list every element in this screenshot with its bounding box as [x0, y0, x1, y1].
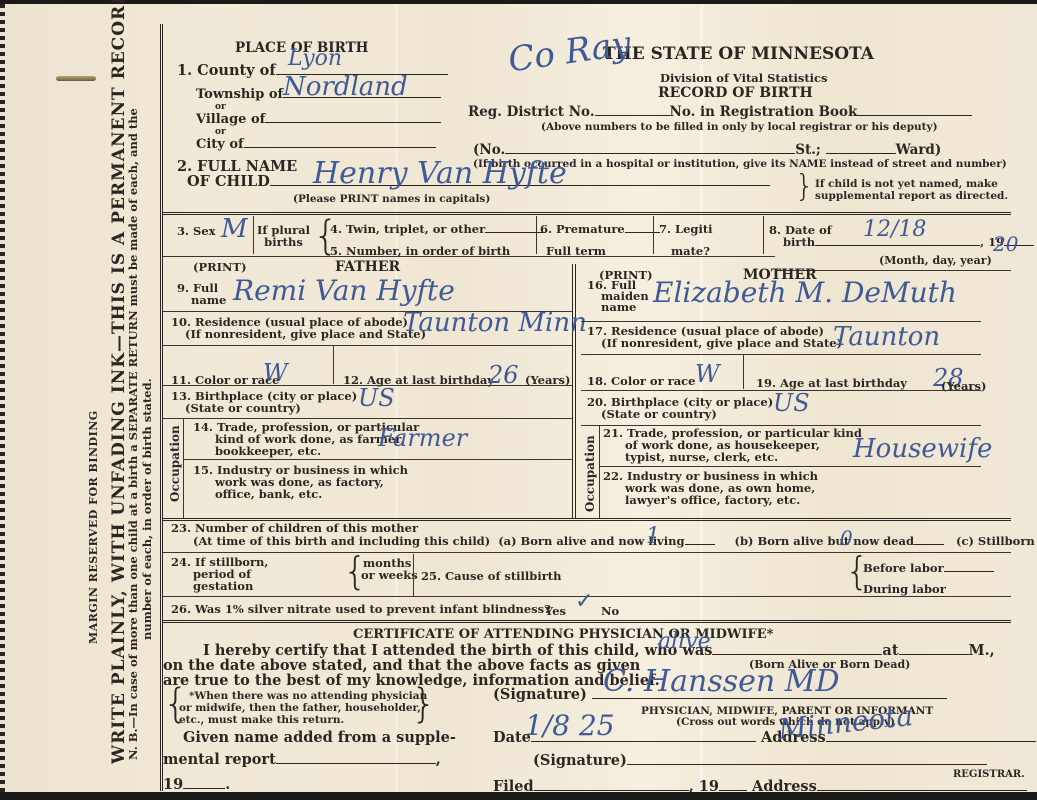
filed-label: Filed: [493, 778, 534, 795]
cell-divider: [653, 216, 654, 254]
cell-divider: [743, 355, 744, 389]
sex-label: 3. Sex: [177, 224, 216, 238]
premature-field: 6. Premature: [540, 222, 660, 236]
father-name-value: Remi Van Hyfte: [233, 274, 455, 307]
parent-divider: [572, 264, 576, 519]
filed-year-label: , 19: [689, 778, 719, 795]
ward-label: Ward): [896, 142, 942, 158]
before-labor-field: Before labor: [863, 561, 994, 575]
reg-district-field: Reg. District No.No. in Registration Boo…: [468, 104, 972, 120]
given-year-input[interactable]: [183, 788, 225, 789]
birthplace-label-line: (State or country): [587, 408, 773, 420]
given-name-label: mental report: [163, 751, 276, 768]
silver-nitrate-yes[interactable]: Yes: [545, 604, 566, 618]
father-residence-label: 10. Residence (usual place of abode) (If…: [171, 316, 426, 340]
given-name-input[interactable]: [276, 763, 436, 764]
county-value: Lyon: [288, 46, 342, 71]
row-divider: [183, 459, 572, 460]
reg-book-input[interactable]: [857, 115, 972, 116]
not-named-line: supplemental report as directed.: [815, 190, 1008, 202]
staple: [56, 76, 96, 81]
children-note: (At time of this birth and including thi…: [193, 534, 490, 548]
name-label: name: [587, 302, 649, 313]
footnote: *When there was no attending physician o…: [179, 690, 427, 726]
father-race-value: W: [263, 359, 288, 387]
father-occupation-label: Occupation: [168, 425, 182, 502]
name-label: name: [177, 294, 226, 306]
mother-trade-label: 21. Trade, profession, or particular kin…: [603, 427, 862, 463]
born-alive-input[interactable]: [685, 544, 715, 545]
registrar-signature-field: (Signature): [533, 752, 987, 769]
father-print-label: (PRINT): [193, 260, 247, 274]
mother-occupation-label: Occupation: [583, 435, 597, 512]
village-label: Village of: [196, 112, 265, 127]
registrar-signature-input[interactable]: [627, 764, 987, 765]
reg-district-label: Reg. District No.: [468, 104, 595, 120]
st-label: St.;: [795, 142, 821, 158]
dob-year-value: 20: [993, 232, 1018, 256]
father-name-label: 9. Full name: [177, 282, 226, 306]
born-dead-input[interactable]: [914, 544, 944, 545]
signature-value: C. Hanssen MD: [603, 664, 840, 699]
sex-value: M: [221, 214, 248, 244]
registrar-scribble: Co Ray: [506, 24, 634, 81]
months-weeks-label: months or weeks: [361, 557, 418, 581]
or-label: or: [215, 102, 226, 112]
stillborn-period-label: 24. If stillborn, period of gestation: [171, 556, 268, 592]
not-named-line: If child is not yet named, make: [815, 178, 1008, 190]
mother-name-value: Elizabeth M. DeMuth: [653, 276, 957, 309]
father-residence-value: Taunton Minn: [403, 308, 587, 338]
row-divider: [163, 256, 775, 257]
cell-divider: [333, 346, 334, 384]
birth-label: birth: [783, 235, 815, 249]
premature-input[interactable]: [625, 232, 660, 233]
footnote-line: etc., must make this return.: [179, 714, 427, 726]
township-value: Nordland: [283, 72, 408, 102]
signature2-label: (Signature): [533, 752, 627, 769]
village-field: Village of: [196, 112, 441, 127]
county-label: 1. County of: [177, 62, 276, 79]
print-note: (Please PRINT names in capitals): [293, 193, 490, 205]
twin-label: 4. Twin, triplet, or other: [330, 222, 485, 236]
brace-icon: }: [411, 684, 436, 724]
born-status-value: alive: [658, 629, 711, 654]
residence-label-line: (If nonresident, give place and State): [171, 328, 426, 340]
brace-icon: }: [795, 172, 814, 202]
reg-district-input[interactable]: [595, 115, 670, 116]
children-count-label: 23. Number of children of this mother (A…: [171, 522, 1035, 548]
cell-divider: [763, 216, 764, 254]
reg-note: (Above numbers to be filled in only by l…: [541, 121, 938, 133]
mother-residence-label: 17. Residence (usual place of abode) (If…: [587, 325, 842, 349]
row-divider: [163, 418, 572, 419]
m-label: M.,: [969, 642, 995, 659]
street-input[interactable]: [505, 153, 795, 154]
birth-certificate: MARGIN RESERVED FOR BINDING WRITE PLAINL…: [0, 4, 1037, 792]
silver-nitrate-label: 26. Was 1% silver nitrate used to preven…: [171, 602, 551, 616]
address2-label: Address: [752, 778, 817, 795]
time-input[interactable]: [899, 654, 969, 655]
father-birthplace-value: US: [358, 384, 395, 412]
filed-year-input[interactable]: [719, 790, 747, 791]
given-year-label: 19: [163, 776, 183, 793]
cell-divider: [183, 418, 184, 518]
born-alive-value: 1: [646, 524, 660, 549]
nb-note: N. B.—In case of more than one child at …: [126, 108, 154, 760]
cause-stillbirth-label: 25. Cause of stillbirth: [421, 569, 561, 583]
birthplace-label-line: (State or country): [171, 402, 357, 414]
residence-label-line: (If nonresident, give place and State): [587, 337, 842, 349]
dob-note: (Month, day, year): [879, 254, 992, 267]
mother-race-label: 18. Color or race: [587, 374, 696, 388]
plural-births-label: If plural births: [257, 224, 310, 248]
footnote-line: *When there was no attending physician: [179, 690, 427, 702]
checkmark-icon: ✓: [575, 589, 593, 614]
father-birthplace-label: 13. Birthplace (city or place) (State or…: [171, 390, 357, 414]
division-label: Division of Vital Statistics: [660, 71, 828, 85]
section-divider: [163, 620, 1011, 623]
or-label: or: [215, 127, 226, 137]
form-body: PLACE OF BIRTH THE STATE OF MINNESOTA Di…: [160, 24, 1008, 791]
given-year-field: 19.: [163, 776, 230, 793]
record-title: RECORD OF BIRTH: [658, 85, 813, 101]
city-input[interactable]: [244, 147, 436, 148]
mother-birthplace-label: 20. Birthplace (city or place) (State or…: [587, 396, 773, 420]
child-name-value: Henry Van Hyfte: [313, 156, 567, 191]
city-label: City of: [196, 137, 244, 152]
given-name-line-1: Given name added from a supple-: [183, 729, 456, 746]
born-dead-label: (b) Born alive but now dead: [735, 534, 914, 548]
village-input[interactable]: [265, 122, 441, 123]
margin-reserved-text: MARGIN RESERVED FOR BINDING: [87, 410, 100, 644]
legit-label: 7. Legiti: [659, 222, 713, 236]
section-divider: [163, 212, 1011, 215]
reg-book-label: No. in Registration Book: [670, 104, 858, 120]
mother-industry-label: 22. Industry or business in which work w…: [603, 470, 818, 506]
trade-label-line: typist, nurse, clerk, etc.: [603, 451, 862, 463]
before-labor-input[interactable]: [944, 571, 994, 572]
nb-note-line: N. B.—In case of more than one child at …: [126, 108, 140, 760]
township-label: Township of: [196, 87, 283, 102]
cell-divider: [599, 425, 600, 519]
not-named-note: If child is not yet named, make suppleme…: [815, 178, 1008, 202]
father-trade-value: Farmer: [378, 424, 467, 452]
cell-divider: [413, 554, 414, 596]
signature-label: (Signature): [493, 686, 587, 703]
filed-input[interactable]: [534, 790, 689, 791]
weeks-label: or weeks: [361, 569, 418, 581]
born-status-input[interactable]: [712, 654, 882, 655]
city-field: City of: [196, 137, 436, 152]
cell-divider: [253, 216, 254, 254]
address2-input[interactable]: [817, 790, 1027, 791]
ward-input[interactable]: [826, 153, 896, 154]
during-labor-label: During labor: [863, 582, 946, 596]
nb-note-line: number of each, in order of birth stated…: [140, 108, 154, 760]
row-divider: [581, 354, 981, 355]
born-dead-value: 0: [840, 526, 853, 550]
mother-birthplace-value: US: [773, 389, 810, 417]
row-divider: [163, 552, 1011, 553]
date-value: 1/8 25: [525, 709, 615, 742]
mother-race-value: W: [695, 360, 720, 388]
dob-value: 12/18: [863, 217, 926, 242]
filed-field: Filed, 19 Address: [493, 778, 1027, 795]
stillborn-period-line: gestation: [171, 580, 268, 592]
before-labor-label: Before labor: [863, 561, 944, 575]
premature-label: 6. Premature: [540, 222, 625, 236]
mother-age-label: 19. Age at last birthday: [756, 376, 907, 390]
silver-nitrate-no[interactable]: No: [601, 604, 619, 618]
row-divider: [599, 466, 981, 467]
twin-field: 4. Twin, triplet, or other: [330, 222, 545, 236]
father-industry-label: 15. Industry or business in which work w…: [193, 464, 408, 500]
mother-residence-value: Taunton: [833, 322, 940, 352]
footnote-line: or midwife, then the father, householder…: [179, 702, 427, 714]
address-input[interactable]: [826, 741, 1036, 742]
mother-trade-value: Housewife: [853, 434, 992, 464]
industry-label-line: office, bank, etc.: [193, 488, 408, 500]
father-heading: FATHER: [335, 259, 400, 275]
at-label: at: [882, 642, 898, 659]
plural-line: births: [257, 236, 310, 248]
children-label-line: (At time of this birth and including thi…: [171, 535, 1035, 548]
row-divider: [163, 345, 572, 346]
cell-divider: [536, 216, 537, 254]
dob-input[interactable]: [815, 245, 980, 246]
given-name-field: mental report,: [163, 751, 441, 768]
stillborn-label: (c) Stillborn: [956, 534, 1035, 548]
industry-label-line: lawyer's office, factory, etc.: [603, 494, 818, 506]
of-child-label: OF CHILD: [187, 173, 270, 190]
state-title: THE STATE OF MINNESOTA: [603, 44, 874, 64]
mother-name-label: 16. Full maiden name: [587, 280, 649, 313]
perforated-edge: [0, 4, 5, 792]
